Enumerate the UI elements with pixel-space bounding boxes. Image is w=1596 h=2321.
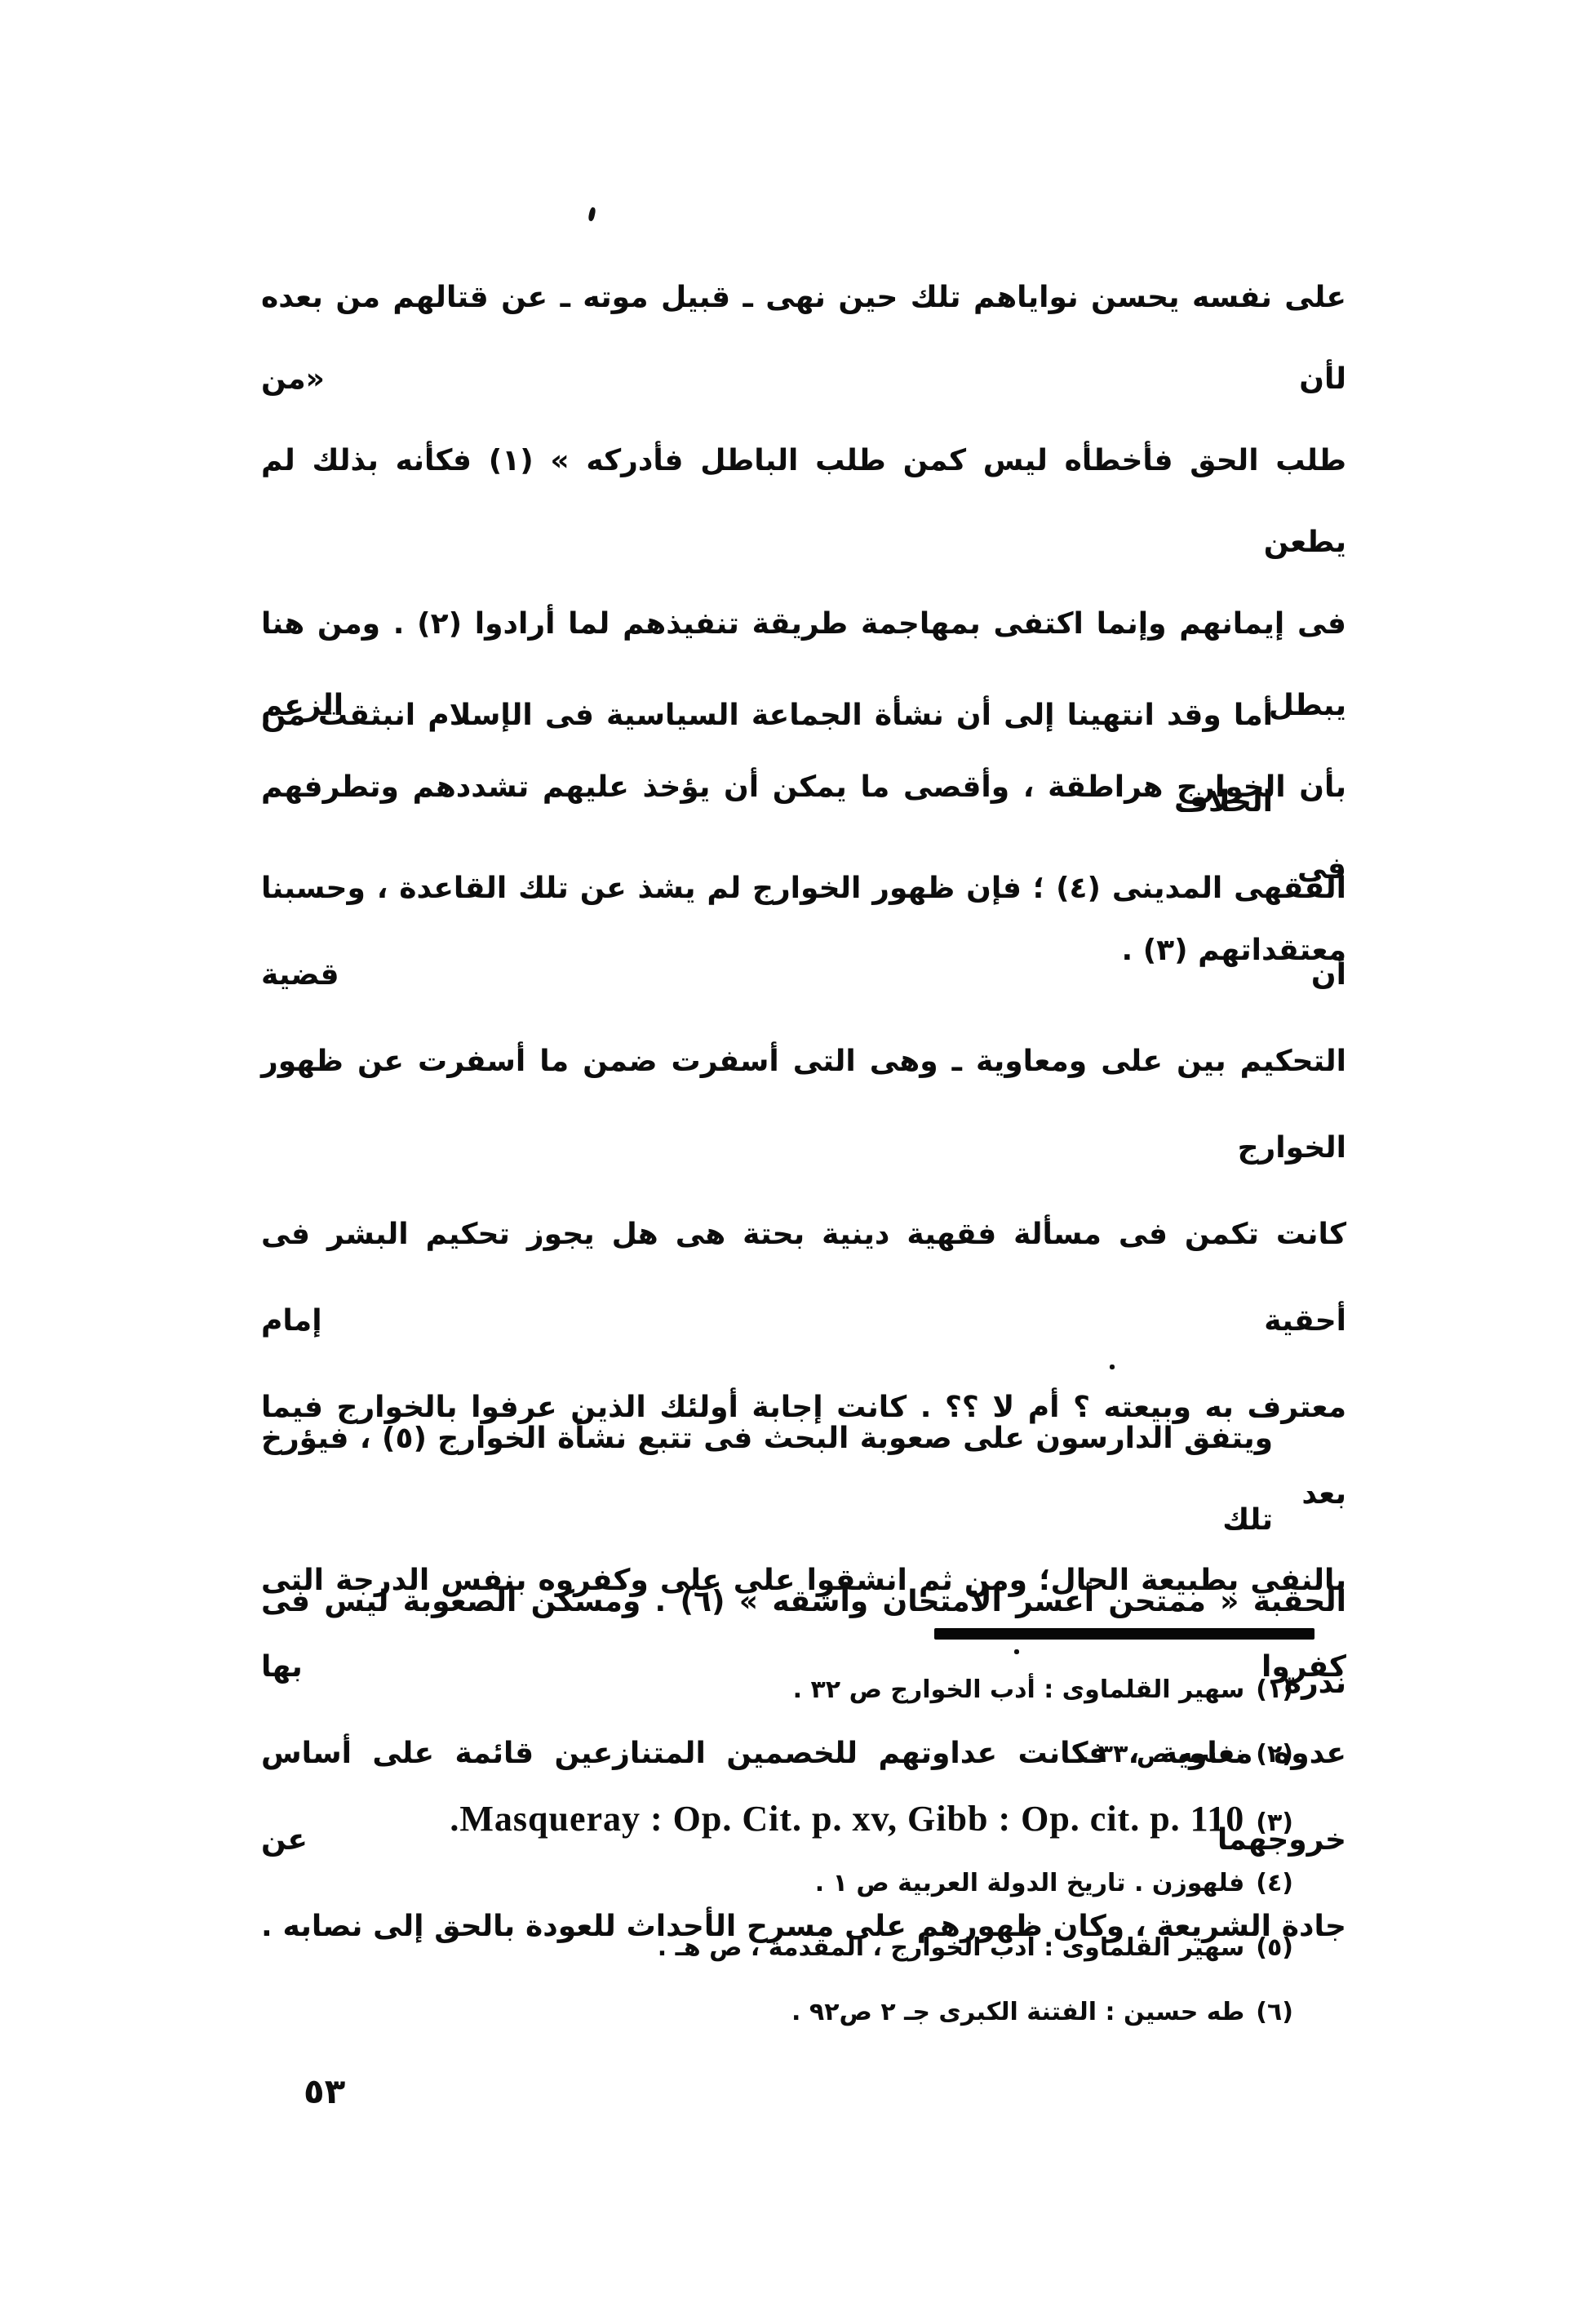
footnote-1: (١)سهير القلماوى : أدب الخوارج ص ٣٢ .: [257, 1658, 1293, 1722]
text-line: كانت تكمن فى مسألة فقهية دينية بحتة هى ه…: [261, 1192, 1346, 1365]
footnotes-section: (١)سهير القلماوى : أدب الخوارج ص ٣٢ . (٢…: [257, 1658, 1293, 2044]
footnote-4: (٤)فلهوزن . تاريخ الدولة العربية ص ١ .: [257, 1851, 1293, 1915]
footnote-text-latin: Masqueray : Op. Cit. p. xv, Gibb : Op. c…: [450, 1799, 1244, 1839]
footnote-5: (٥)سهير القلماوى : أدب الخوارج ، المقدمة…: [257, 1915, 1293, 1980]
footnote-marker: (٤): [1256, 1869, 1293, 1897]
footnote-text: سهير القلماوى : أدب الخوارج ، المقدمة ، …: [658, 1933, 1245, 1962]
text-line: أما وقد انتهينا إلى أن نشأة الجماعة السي…: [261, 672, 1346, 845]
ink-speck: [587, 206, 596, 221]
footnote-separator: [934, 1628, 1314, 1640]
footnote-text: فلهوزن . تاريخ الدولة العربية ص ١ .: [815, 1869, 1244, 1897]
text-line: طلب الحق فأخطأه ليس كمن طلب الباطل فأدرك…: [261, 420, 1346, 584]
footnote-2: (٢)نفسه ص ٣٣ .: [257, 1722, 1293, 1786]
footnote-marker: (٥): [1256, 1933, 1293, 1962]
text-line: التحكيم بين على ومعاوية ـ وهى التى أسفرت…: [261, 1018, 1346, 1192]
page-number: ٥٣: [304, 2071, 345, 2111]
footnote-6: (٦)طه حسين : الفتنة الكبرى جـ ٢ ص٩٢ .: [257, 1980, 1293, 2044]
footnote-marker: (٣): [1256, 1808, 1293, 1837]
footnote-marker: (٦): [1256, 1998, 1293, 2026]
text-line: على نفسه يحسن نواياهم تلك حين نهى ـ قبيل…: [261, 257, 1346, 420]
footnote-3: (٣)Masqueray : Op. Cit. p. xv, Gibb : Op…: [257, 1786, 1293, 1851]
footnote-text: نفسه ص ٣٣ .: [1080, 1740, 1244, 1768]
scanned-page: على نفسه يحسن نواياهم تلك حين نهى ـ قبيل…: [0, 0, 1596, 2321]
footnote-marker: (١): [1256, 1675, 1293, 1704]
text-line: ويتفق الدارسون على صعوبة البحث فى تتبع ن…: [261, 1398, 1346, 1561]
footnote-marker: (٢): [1256, 1740, 1293, 1768]
text-line: الفقهى المدينى (٤) ؛ فإن ظهور الخوارج لم…: [261, 845, 1346, 1018]
footnote-text: طه حسين : الفتنة الكبرى جـ ٢ ص٩٢ .: [791, 1998, 1244, 2026]
footnote-text: سهير القلماوى : أدب الخوارج ص ٣٢ .: [793, 1675, 1245, 1704]
